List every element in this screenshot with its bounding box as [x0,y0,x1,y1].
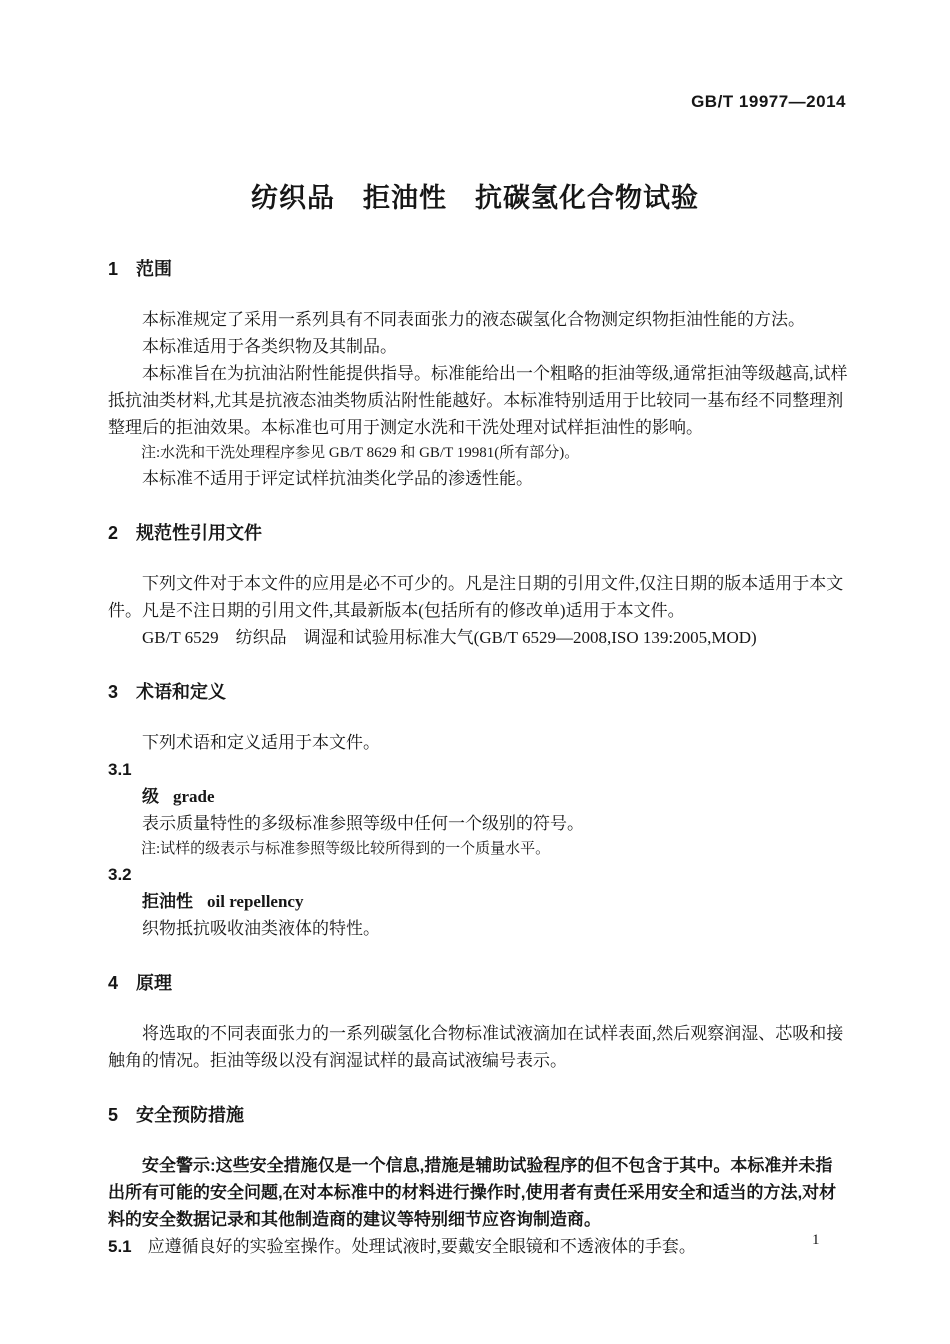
section-2-title: 规范性引用文件 [136,523,262,543]
section-4-heading: 4原理 [108,972,848,994]
page-number: 1 [812,1232,820,1249]
section-5-number: 5 [108,1105,118,1125]
section-3-intro: 下列术语和定义适用于本文件。 [108,729,848,756]
term-3-1-zh: 级 [142,787,159,806]
standard-number: GB/T 19977—2014 [691,92,846,112]
clause-5-1-number: 5.1 [108,1237,132,1256]
section-3-number: 3 [108,682,118,702]
safety-warning-text: 这些安全措施仅是一个信息,措施是辅助试验程序的但不包含于其中。本标准并未指出所有… [108,1156,836,1229]
term-3-2-zh: 拒油性 [142,892,193,911]
safety-warning-lead: 安全警示: [142,1156,216,1175]
section-4-number: 4 [108,973,118,993]
section-2-heading: 2规范性引用文件 [108,522,848,544]
section-1-paragraph-1: 本标准规定了采用一系列具有不同表面张力的液态碳氢化合物测定织物拒油性能的方法。 [108,306,848,333]
term-3-2-number: 3.2 [108,861,848,888]
section-5-title: 安全预防措施 [136,1105,244,1125]
section-3-heading: 3术语和定义 [108,681,848,703]
document-title: 纺织品 拒油性 抗碳氢化合物试验 [0,176,950,215]
clause-5-1-text: 应遵循良好的实验室操作。处理试液时,要戴安全眼镜和不透液体的手套。 [148,1237,696,1256]
safety-warning: 安全警示:这些安全措施仅是一个信息,措施是辅助试验程序的但不包含于其中。本标准并… [108,1152,848,1233]
document-body: 1范围 本标准规定了采用一系列具有不同表面张力的液态碳氢化合物测定织物拒油性能的… [108,256,848,1260]
document-page: GB/T 19977—2014 纺织品 拒油性 抗碳氢化合物试验 1范围 本标准… [0,0,950,1344]
section-1-heading: 1范围 [108,258,848,280]
section-1-note: 注:水洗和干洗处理程序参见 GB/T 8629 和 GB/T 19981(所有部… [108,441,848,465]
normative-reference: GB/T 6529 纺织品 调湿和试验用标准大气(GB/T 6529—2008,… [108,624,848,651]
section-1-paragraph-4: 本标准不适用于评定试样抗油类化学品的渗透性能。 [108,465,848,492]
section-3-title: 术语和定义 [136,682,226,702]
section-2-number: 2 [108,523,118,543]
section-1-title: 范围 [136,259,172,279]
term-3-2-en: oil repellency [207,892,303,911]
section-1-number: 1 [108,259,118,279]
term-3-2-definition: 织物抵抗吸收油类液体的特性。 [108,915,848,942]
term-3-2-name: 拒油性oil repellency [108,888,848,915]
term-3-1-number: 3.1 [108,756,848,783]
section-1-paragraph-2: 本标准适用于各类织物及其制品。 [108,333,848,360]
section-2-paragraph-1: 下列文件对于本文件的应用是必不可少的。凡是注日期的引用文件,仅注日期的版本适用于… [108,570,848,624]
term-3-1-definition: 表示质量特性的多级标准参照等级中任何一个级别的符号。 [108,810,848,837]
section-4-title: 原理 [136,973,172,993]
section-4-paragraph-1: 将选取的不同表面张力的一系列碳氢化合物标准试液滴加在试样表面,然后观察润湿、芯吸… [108,1020,848,1074]
term-3-1-en: grade [173,787,215,806]
section-5-heading: 5安全预防措施 [108,1104,848,1126]
term-3-1-name: 级grade [108,783,848,810]
clause-5-1: 5.1应遵循良好的实验室操作。处理试液时,要戴安全眼镜和不透液体的手套。 [108,1233,848,1260]
section-1-paragraph-3: 本标准旨在为抗油沾附性能提供指导。标准能给出一个粗略的拒油等级,通常拒油等级越高… [108,360,848,441]
term-3-1-note: 注:试样的级表示与标准参照等级比较所得到的一个质量水平。 [108,837,848,861]
